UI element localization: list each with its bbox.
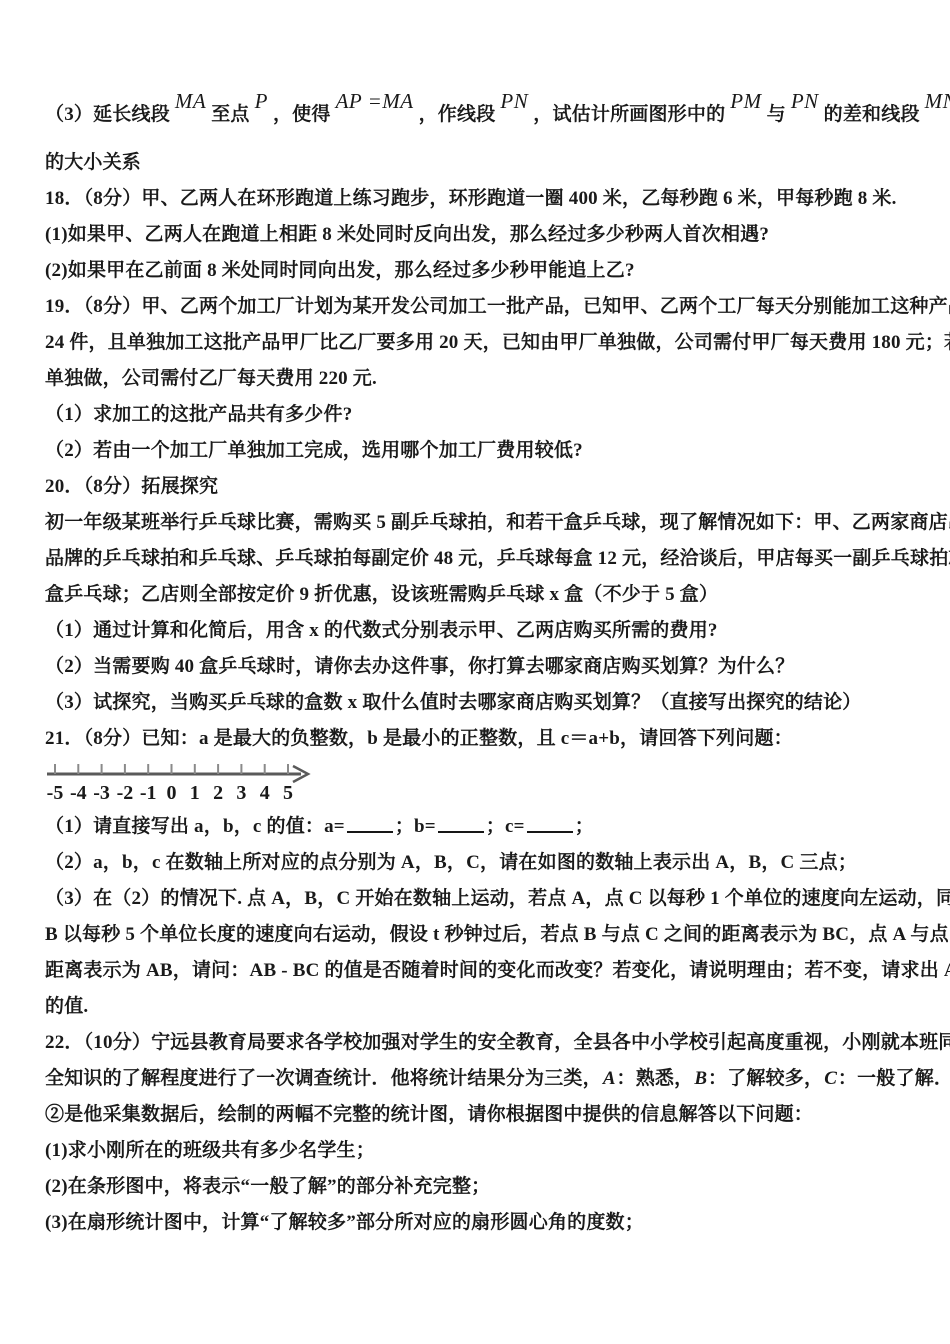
q17-part3-line2: 的大小关系	[45, 145, 895, 181]
axis-tick-label: 1	[190, 782, 200, 804]
text-segment: 品牌的乒乓球拍和乒乓球、乒乓球拍每副定价 48 元，乒乓球每盒 12 元，经洽谈…	[45, 548, 950, 569]
q19-line1: 19．（8分）甲、乙两个加工厂计划为某开发公司加工一批产品，已知甲、乙两个工厂每…	[45, 289, 895, 325]
text-segment: 距离表示为 AB，请问：AB - BC 的值是否随着时间的变化而改变？若变化，请…	[45, 960, 950, 981]
axis-tick-label: -2	[117, 782, 134, 804]
q21-header: 21．（8分）已知：a 是最大的负整数，b 是最小的正整数，且 c＝a+b，请回…	[45, 721, 895, 757]
answer-blank	[438, 817, 484, 833]
text-segment: ；	[575, 816, 594, 837]
q22-sub3: (3)在扇形统计图中，计算“了解较多”部分所对应的扇形圆心角的度数；	[45, 1205, 895, 1241]
text-segment: ：了解较多，	[708, 1068, 823, 1089]
q19-line2: 24 件，且单独加工这批产品甲厂比乙厂要多用 20 天，已知由甲厂单独做，公司需…	[45, 325, 895, 361]
q22-line2: 全知识的了解程度进行了一次调查统计．他将统计结果分为三类，A：熟悉，B：了解较多…	[45, 1061, 895, 1097]
text-segment: （2）当需要购 40 盒乒乓球时，请你去办这件事，你打算去哪家商店购买划算？为什…	[45, 656, 794, 677]
q21-sub3-line3: 距离表示为 AB，请问：AB - BC 的值是否随着时间的变化而改变？若变化，请…	[45, 953, 895, 989]
text-segment: 与	[767, 104, 786, 125]
math-expression: PN	[495, 89, 533, 113]
answer-blank	[527, 817, 573, 833]
italic-letter: B	[693, 1068, 708, 1089]
q20-sub1: （1）通过计算和化简后，用含 x 的代数式分别表示甲、乙两店购买所需的费用?	[45, 613, 895, 649]
q21-sub3-line1: （3）在（2）的情况下. 点 A，B，C 开始在数轴上运动，若点 A，点 C 以…	[45, 881, 895, 917]
axis-tick-label: 4	[260, 782, 270, 804]
math-expression: PN	[786, 89, 824, 113]
exam-page: （3）延长线段MA至点P，使得AP =MA，作线段PN，试估计所画图形中的PM与…	[0, 0, 950, 1344]
q19-sub2: （2）若由一个加工厂单独加工完成，选用哪个加工厂费用较低?	[45, 433, 895, 469]
text-segment: (1)求小刚所在的班级共有多少名学生；	[45, 1140, 375, 1161]
q18-sub1: (1)如果甲、乙两人在跑道上相距 8 米处同时反向出发，那么经过多少秒两人首次相…	[45, 217, 895, 253]
axis-tick-label: -4	[70, 782, 87, 804]
text-segment: B 以每秒 5 个单位长度的速度向右运动，假设 t 秒钟过后，若点 B 与点 C…	[45, 924, 950, 945]
text-segment: 的差和线段	[824, 104, 920, 125]
text-segment: 的大小关系	[45, 152, 141, 173]
q20-header: 20．（8分）拓展探究	[45, 469, 895, 505]
axis-tick-label: 3	[236, 782, 246, 804]
text-segment: 21．（8分）已知：a 是最大的负整数，b 是最小的正整数，且 c＝a+b，请回…	[45, 728, 793, 749]
q18-sub2: (2)如果甲在乙前面 8 米处同时同向出发，那么经过多少秒甲能追上乙?	[45, 253, 895, 289]
text-segment: 单独做，公司需付乙厂每天费用 220 元.	[45, 368, 377, 389]
text-segment: 的值.	[45, 996, 88, 1017]
text-segment: （3）试探究，当购买乒乓球的盒数 x 取什么值时去哪家商店购买划算？（直接写出探…	[45, 692, 862, 713]
text-segment: (2)在条形图中，将表示“一般了解”的部分补充完整；	[45, 1176, 490, 1197]
q22-sub2: (2)在条形图中，将表示“一般了解”的部分补充完整；	[45, 1169, 895, 1205]
text-segment: （2）若由一个加工厂单独加工完成，选用哪个加工厂费用较低?	[45, 440, 583, 461]
text-segment: ：一般了解．图①和图	[838, 1068, 950, 1089]
axis-tick-label: 5	[283, 782, 293, 804]
q20-sub2: （2）当需要购 40 盒乒乓球时，请你去办这件事，你打算去哪家商店购买划算？为什…	[45, 649, 895, 685]
q22-sub1: (1)求小刚所在的班级共有多少名学生；	[45, 1133, 895, 1169]
text-segment: (1)如果甲、乙两人在跑道上相距 8 米处同时反向出发，那么经过多少秒两人首次相…	[45, 224, 769, 245]
text-segment: （3）在（2）的情况下. 点 A，B，C 开始在数轴上运动，若点 A，点 C 以…	[45, 888, 950, 909]
math-expression: PM	[725, 89, 766, 113]
axis-tick-label: 0	[167, 782, 177, 804]
italic-letter: C	[823, 1068, 838, 1089]
axis-tick-label: -5	[47, 782, 64, 804]
text-segment: （1）请直接写出 a，b，c 的值：a=	[45, 816, 345, 837]
text-segment: ；b=	[395, 816, 436, 837]
q20-line2: 品牌的乒乓球拍和乒乓球、乒乓球拍每副定价 48 元，乒乓球每盒 12 元，经洽谈…	[45, 541, 895, 577]
text-segment: 初一年级某班举行乒乓球比赛，需购买 5 副乒乓球拍，和若干盒乒乓球，现了解情况如…	[45, 512, 950, 533]
text-segment: （2）a，b，c 在数轴上所对应的点分别为 A，B，C，请在如图的数轴上表示出 …	[45, 852, 857, 873]
text-segment: ：熟悉，	[617, 1068, 694, 1089]
q21-sub3-line4: 的值.	[45, 989, 895, 1025]
math-expression: MA	[170, 89, 211, 113]
axis-tick-label: -1	[140, 782, 157, 804]
answer-blank	[347, 817, 393, 833]
text-segment: 24 件，且单独加工这批产品甲厂比乙厂要多用 20 天，已知由甲厂单独做，公司需…	[45, 332, 950, 353]
q21-sub3-line2: B 以每秒 5 个单位长度的速度向右运动，假设 t 秒钟过后，若点 B 与点 C…	[45, 917, 895, 953]
axis-tick-label: 2	[213, 782, 223, 804]
text-segment: ，作线段	[419, 104, 496, 125]
q21-number-line: -5-4-3-2-1012345	[45, 759, 335, 809]
q19-line3: 单独做，公司需付乙厂每天费用 220 元.	[45, 361, 895, 397]
number-line-row: -5-4-3-2-1012345	[45, 757, 895, 809]
text-segment: 19．（8分）甲、乙两个加工厂计划为某开发公司加工一批产品，已知甲、乙两个工厂每…	[45, 296, 950, 317]
text-segment: (2)如果甲在乙前面 8 米处同时同向出发，那么经过多少秒甲能追上乙?	[45, 260, 635, 281]
q20-line1: 初一年级某班举行乒乓球比赛，需购买 5 副乒乓球拍，和若干盒乒乓球，现了解情况如…	[45, 505, 895, 541]
document-body: （3）延长线段MA至点P，使得AP =MA，作线段PN，试估计所画图形中的PM与…	[0, 0, 950, 1241]
italic-letter: A	[602, 1068, 617, 1089]
q19-sub1: （1）求加工的这批产品共有多少件?	[45, 397, 895, 433]
text-segment: ②是他采集数据后，绘制的两幅不完整的统计图，请你根据图中提供的信息解答以下问题：	[45, 1104, 813, 1125]
text-segment: ；c=	[486, 816, 525, 837]
text-segment: （3）延长线段	[45, 104, 170, 125]
text-segment: 18．（8分）甲、乙两人在环形跑道上练习跑步，环形跑道一圈 400 米，乙每秒跑…	[45, 188, 897, 209]
math-expression: P	[250, 89, 273, 113]
q21-sub1: （1）请直接写出 a，b，c 的值：a=；b=；c=；	[45, 809, 895, 845]
text-segment: (3)在扇形统计图中，计算“了解较多”部分所对应的扇形圆心角的度数；	[45, 1212, 644, 1233]
q21-sub2: （2）a，b，c 在数轴上所对应的点分别为 A，B，C，请在如图的数轴上表示出 …	[45, 845, 895, 881]
q18-header: 18．（8分）甲、乙两人在环形跑道上练习跑步，环形跑道一圈 400 米，乙每秒跑…	[45, 181, 895, 217]
text-segment: 至点	[211, 104, 249, 125]
math-expression: MN	[920, 89, 950, 113]
text-segment: 盒乒乓球；乙店则全部按定价 9 折优惠，设该班需购乒乓球 x 盒（不少于 5 盒…	[45, 584, 718, 605]
text-segment: 22．（10分）宁远县教育局要求各学校加强对学生的安全教育，全县各中小学校引起高…	[45, 1032, 950, 1053]
text-segment: 20．（8分）拓展探究	[45, 476, 218, 497]
text-segment: 全知识的了解程度进行了一次调查统计．他将统计结果分为三类，	[45, 1068, 602, 1089]
q17-part3-line1: （3）延长线段MA至点P，使得AP =MA，作线段PN，试估计所画图形中的PM与…	[45, 95, 895, 131]
q20-sub3: （3）试探究，当购买乒乓球的盒数 x 取什么值时去哪家商店购买划算？（直接写出探…	[45, 685, 895, 721]
text-segment: ，试估计所画图形中的	[533, 104, 725, 125]
math-expression: AP =MA	[331, 89, 419, 113]
axis-tick-label: -3	[93, 782, 110, 804]
text-segment: ，使得	[273, 104, 331, 125]
q22-line3: ②是他采集数据后，绘制的两幅不完整的统计图，请你根据图中提供的信息解答以下问题：	[45, 1097, 895, 1133]
text-segment: （1）通过计算和化简后，用含 x 的代数式分别表示甲、乙两店购买所需的费用?	[45, 620, 718, 641]
text-segment: （1）求加工的这批产品共有多少件?	[45, 404, 352, 425]
q22-line1: 22．（10分）宁远县教育局要求各学校加强对学生的安全教育，全县各中小学校引起高…	[45, 1025, 895, 1061]
q20-line3: 盒乒乓球；乙店则全部按定价 9 折优惠，设该班需购乒乓球 x 盒（不少于 5 盒…	[45, 577, 895, 613]
